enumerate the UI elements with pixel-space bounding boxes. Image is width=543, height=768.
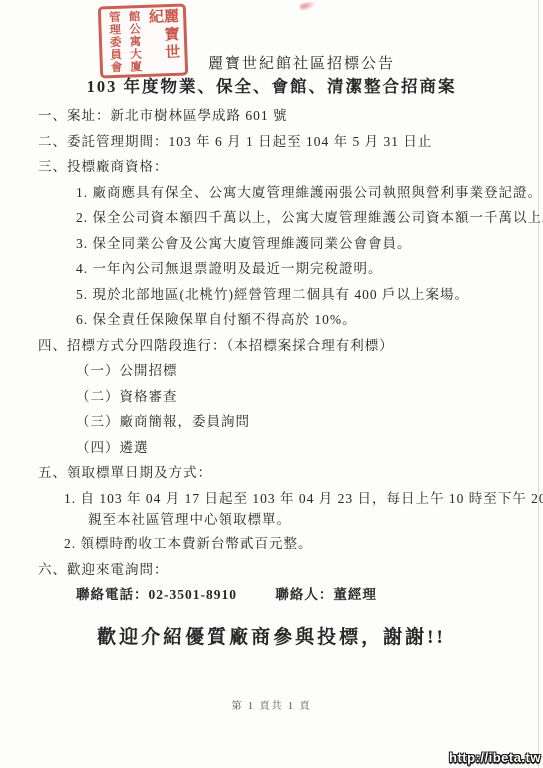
section-5-item-1-line-2: 親至本社區管理中心領取標單。 <box>0 511 543 529</box>
page-number-footer: 第 1 頁共 1 頁 <box>0 697 543 712</box>
section-3-item-1: 1. 廠商應具有保全、公寓大廈管理維護兩張公司執照與營利事業登記證。 <box>0 180 543 206</box>
ibeta-watermark: http://ibeta.tw <box>449 750 541 765</box>
section-3-item-3: 3. 保全同業公會及公寓大廈管理維護同業公會會員。 <box>0 231 543 257</box>
section-5-item-2: 2. 領標時酌收工本費新台幣貳百元整。 <box>0 531 543 557</box>
document-subtitle: 103 年度物業、保全、會館、清潔整合招商案 <box>0 75 543 99</box>
document-header: 麗寶世紀館社區招標公告 103 年度物業、保全、會館、清潔整合招商案 <box>0 53 543 99</box>
section-1-address: 一、案址：新北市樹林區學成路 601 號 <box>0 103 543 129</box>
contact-person: 聯絡人：董經理 <box>275 587 377 602</box>
document-title: 麗寶世紀館社區招標公告 <box>0 53 543 75</box>
section-4-stage-3: （三）廠商簡報，委員詢問 <box>0 409 543 435</box>
section-3-heading: 三、投標廠商資格： <box>0 154 543 180</box>
section-5-heading: 五、領取標單日期及方式： <box>0 460 543 486</box>
scanned-document-page: 麗寶世紀 館公寓大廈 管理委員會 麗寶世紀館社區招標公告 103 年度物業、保全… <box>0 0 543 768</box>
document-body: 一、案址：新北市樹林區學成路 601 號 二、委託管理期間：103 年 6 月 … <box>0 103 543 649</box>
section-6-heading: 六、歡迎來電詢問： <box>0 557 543 583</box>
section-4-heading: 四、招標方式分四階段進行：（本招標案採合理有利標） <box>0 333 543 359</box>
section-2-management-period: 二、委託管理期間：103 年 6 月 1 日起至 104 年 5 月 31 日止 <box>0 129 543 155</box>
section-4-stage-4: （四）遴選 <box>0 435 543 461</box>
contact-phone: 聯絡電話：02-3501-8910 <box>76 587 237 602</box>
red-ink-smudge <box>299 0 317 12</box>
section-5-item-1-line-1: 1. 自 103 年 04 月 17 日起至 103 年 04 月 23 日，每… <box>0 486 543 512</box>
section-4-stage-2: （二）資格審查 <box>0 384 543 410</box>
section-3-item-4: 4. 一年內公司無退票證明及最近一期完稅證明。 <box>0 256 543 282</box>
section-4-stage-1: （一）公開招標 <box>0 358 543 384</box>
contact-row: 聯絡電話：02-3501-8910 聯絡人：董經理 <box>0 582 543 608</box>
closing-welcome-line: 歡迎介紹優質廠商參與投標，謝謝!! <box>0 622 543 649</box>
section-3-item-5: 5. 現於北部地區(北桃竹)經營管理二個具有 400 戶以上案場。 <box>0 282 543 308</box>
section-3-item-2: 2. 保全公司資本額四千萬以上，公寓大廈管理維護公司資本額一千萬以上。 <box>0 205 543 231</box>
section-3-item-6: 6. 保全責任保險保單自付額不得高於 10%。 <box>0 307 543 333</box>
